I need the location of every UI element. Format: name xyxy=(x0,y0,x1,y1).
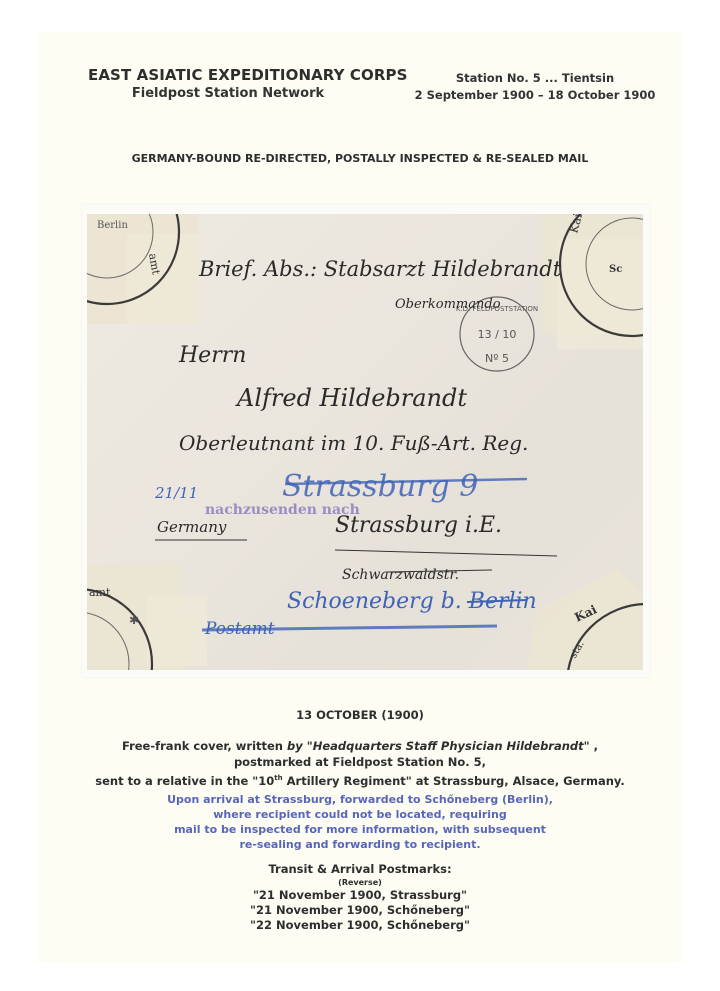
postmark-item: "21 November 1900, Schőneberg" xyxy=(60,903,660,918)
station-label: Station No. 5 ... Tientsin xyxy=(410,70,660,87)
city-line: Strassburg i.E. xyxy=(335,513,502,538)
sender-subline: Oberkommando xyxy=(395,297,501,312)
header-right: Station No. 5 ... Tientsin 2 September 1… xyxy=(410,70,660,104)
unit-line: Oberleutnant im 10. Fuß-Art. Reg. xyxy=(179,431,528,455)
cover-date: 13 OCTOBER (1900) xyxy=(60,708,660,722)
svg-text:Nº 5: Nº 5 xyxy=(485,352,509,365)
section-title: GERMANY-BOUND RE-DIRECTED, POSTALLY INSP… xyxy=(80,152,640,165)
forwarding-note: Upon arrival at Strassburg, forwarded to… xyxy=(60,792,660,852)
struck-street: Schwarzwaldstr. xyxy=(342,567,459,583)
desc-line-2: postmarked at Fieldpost Station No. 5, xyxy=(60,754,660,770)
seal-text: Berlin xyxy=(97,220,128,231)
station-period: 2 September 1900 – 18 October 1900 xyxy=(410,87,660,104)
blue-date-note: 21/11 xyxy=(154,484,198,502)
envelope-drawing: Berlin amt Kaiserl. Sc amt ✱ Kai sta. K.… xyxy=(87,214,643,670)
postmarks-note: (Reverse) xyxy=(60,877,660,888)
desc-line-3: sent to a relative in the "10th Artiller… xyxy=(60,770,660,789)
addressee: Alfred Hildebrandt xyxy=(235,384,467,412)
envelope-image: Berlin amt Kaiserl. Sc amt ✱ Kai sta. K.… xyxy=(87,214,643,670)
header-left: EAST ASIATIC EXPEDITIONARY CORPS Fieldpo… xyxy=(88,66,368,101)
desc-line-1: Free-frank cover, written by "Headquarte… xyxy=(60,738,660,754)
svg-text:amt: amt xyxy=(89,586,111,599)
asterisk-icon: ✱ xyxy=(129,613,139,627)
postmarks-list: Transit & Arrival Postmarks: (Reverse) "… xyxy=(60,862,660,933)
svg-text:Sc: Sc xyxy=(609,264,622,275)
corps-title: EAST ASIATIC EXPEDITIONARY CORPS xyxy=(88,66,368,84)
salutation: Herrn xyxy=(178,343,246,368)
network-subtitle: Fieldpost Station Network xyxy=(88,86,368,101)
germany-label: Germany xyxy=(157,518,227,536)
postmark-item: "21 November 1900, Strassburg" xyxy=(60,888,660,903)
blue-redirect: Strassburg 9 xyxy=(282,469,478,504)
svg-text:13 / 10: 13 / 10 xyxy=(478,328,517,341)
sender-line: Brief. Abs.: Stabsarzt Hildebrandt xyxy=(198,257,562,281)
cover-description: Free-frank cover, written by "Headquarte… xyxy=(60,738,660,789)
postmark-item: "22 November 1900, Schőneberg" xyxy=(60,918,660,933)
postmarks-heading: Transit & Arrival Postmarks: xyxy=(60,862,660,877)
violet-cachet: nachzusenden nach xyxy=(205,502,360,518)
